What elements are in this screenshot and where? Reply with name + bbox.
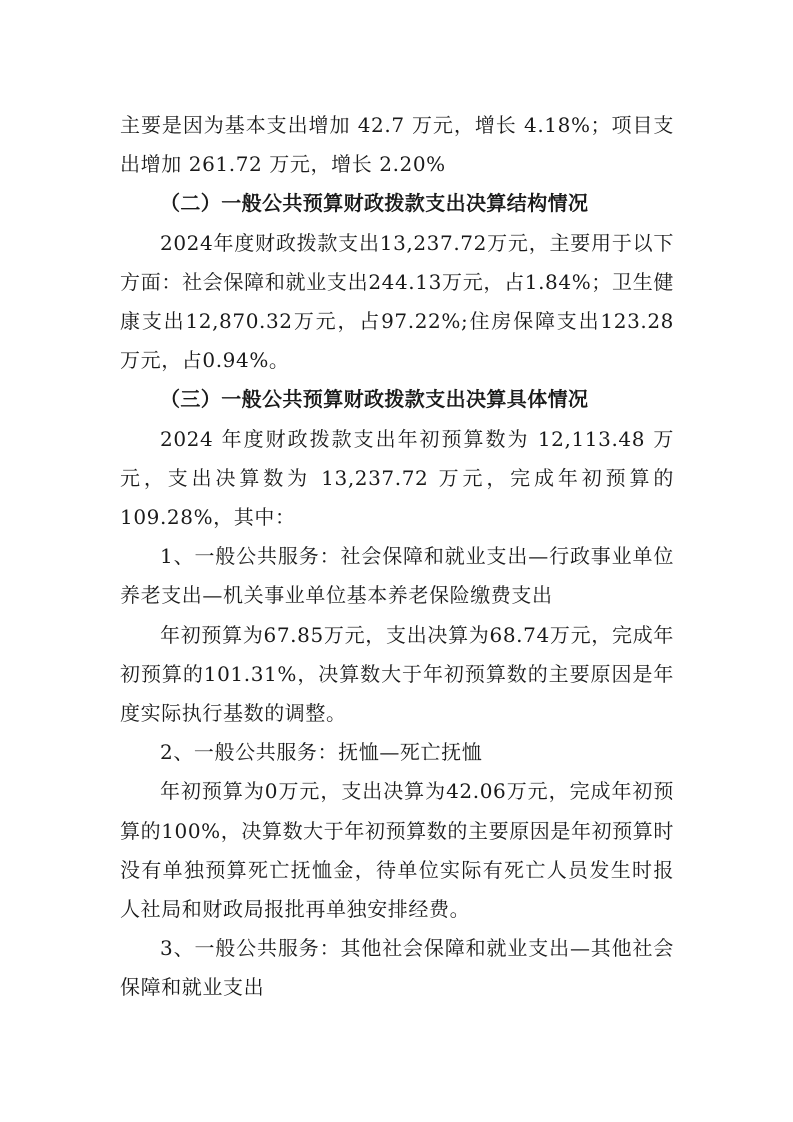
item-1-details: 年初预算为67.85万元，支出决算为68.74万元，完成年初预算的101.31%…	[120, 616, 674, 734]
paragraph-structure-details: 2024年度财政拨款支出13,237.72万元，主要用于以下方面：社会保障和就业…	[120, 224, 674, 381]
paragraph-budget-summary: 2024 年度财政拨款支出年初预算数为 12,113.48 万元，支出决算数为 …	[120, 420, 674, 538]
item-3-title: 3、一般公共服务：其他社会保障和就业支出—其他社会保障和就业支出	[120, 929, 674, 1007]
item-2-details: 年初预算为0万元，支出决算为42.06万元，完成年初预算的100%，决算数大于年…	[120, 772, 674, 929]
item-1-title: 1、一般公共服务：社会保障和就业支出—行政事业单位养老支出—机关事业单位基本养老…	[120, 537, 674, 615]
section-heading-specifics: （三）一般公共预算财政拨款支出决算具体情况	[120, 380, 674, 419]
section-heading-structure: （二）一般公共预算财政拨款支出决算结构情况	[120, 184, 674, 223]
item-2-title: 2、一般公共服务：抚恤—死亡抚恤	[120, 733, 674, 772]
paragraph-expense-increase-reason: 主要是因为基本支出增加 42.7 万元，增长 4.18%；项目支出增加 261.…	[120, 106, 674, 184]
document-page: 主要是因为基本支出增加 42.7 万元，增长 4.18%；项目支出增加 261.…	[120, 106, 674, 1008]
